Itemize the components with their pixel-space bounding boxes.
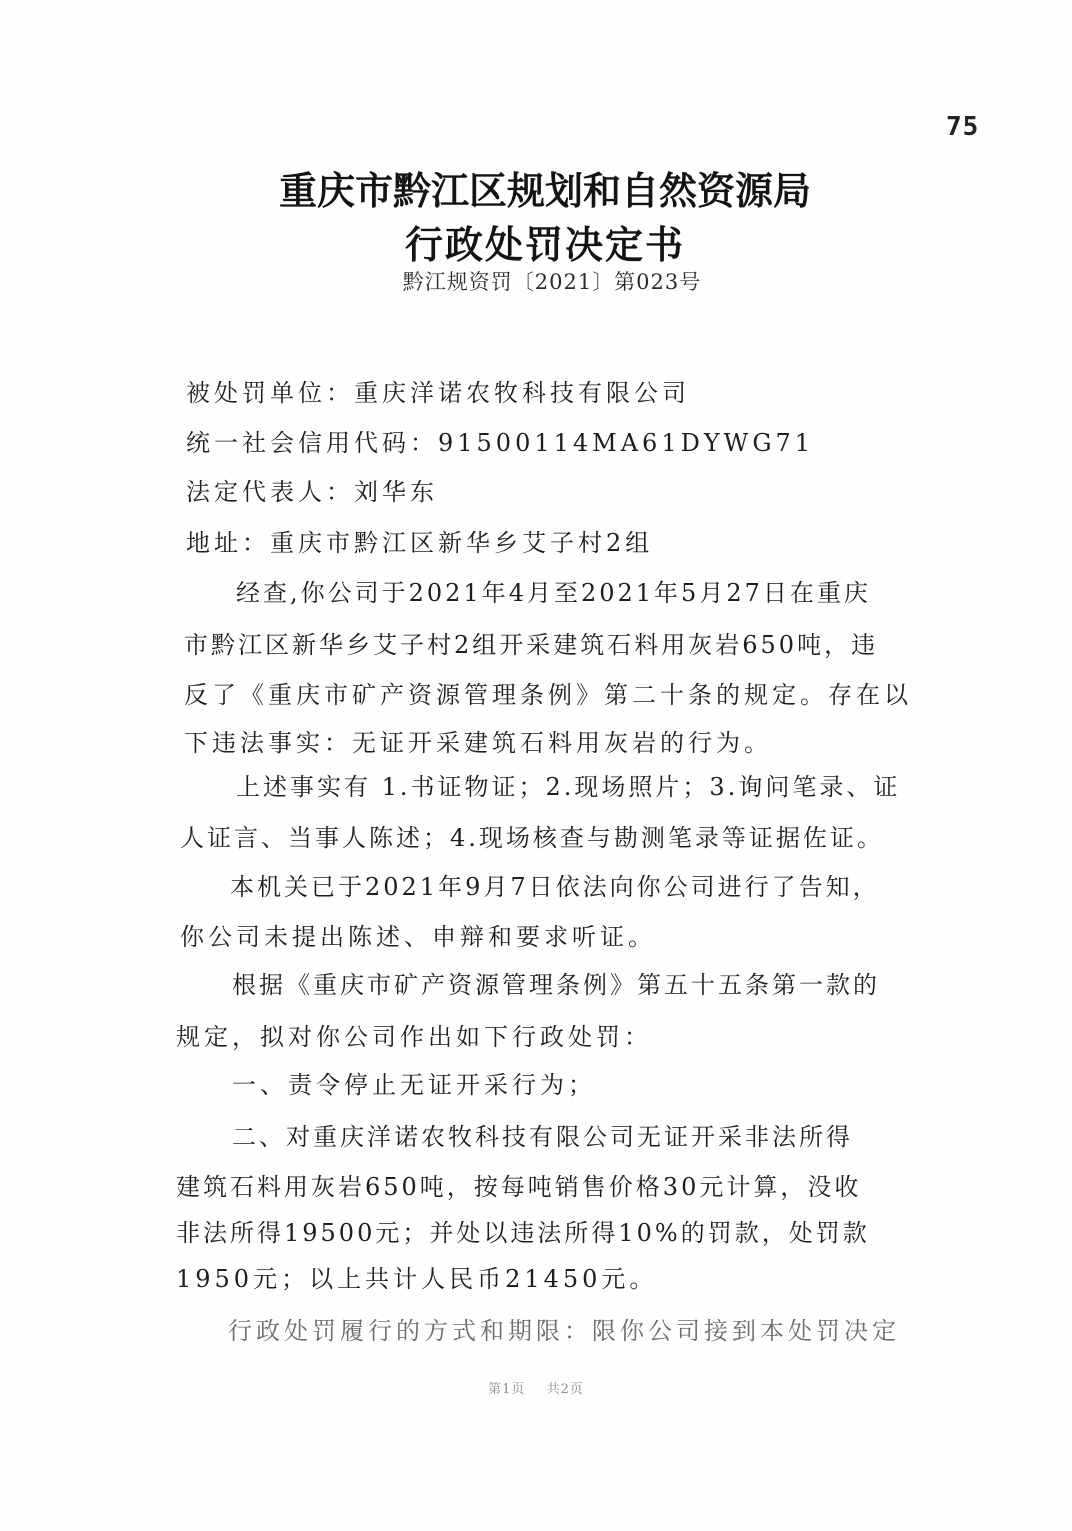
body-line: 根据《重庆市矿产资源管理条例》第五十五条第一款的 [232,970,880,1000]
document-page: 75 重庆市黔江区规划和自然资源局 行政处罚决定书 黔江规资罚〔2021〕第02… [0,0,1072,1531]
body-line: 行政处罚履行的方式和期限：限你公司接到本处罚决定 [228,1316,900,1346]
body-line: 1950元；以上共计人民币21450元。 [176,1264,657,1294]
body-line: 建筑石料用灰岩650吨，按每吨销售价格30元计算，没收 [176,1172,861,1202]
body-line: 本机关已于2021年9月7日依法向你公司进行了告知， [230,872,880,902]
body-line: 市黔江区新华乡艾子村2组开采建筑石料用灰岩650吨，违 [184,630,878,660]
legal-representative: 法定代表人：刘华东 [186,477,438,507]
page-footer: 第1页 共2页 [0,1378,1072,1397]
document-number: 黔江规资罚〔2021〕第023号 [0,266,1072,296]
penalty-item-2: 二、对重庆洋诺农牧科技有限公司无证开采非法所得 [232,1122,853,1152]
body-line: 非法所得19500元；并处以违法所得10%的罚款，处罚款 [176,1218,870,1248]
penalized-unit: 被处罚单位：重庆洋诺农牧科技有限公司 [186,378,690,408]
body-line: 人证言、当事人陈述；4.现场核查与勘测笔录等证据佐证。 [180,823,884,853]
body-line: 规定，拟对你公司作出如下行政处罚： [176,1022,652,1052]
body-line: 下违法事实：无证开采建筑石料用灰岩的行为。 [184,728,772,758]
body-line: 上述事实有 1.书证物证；2.现场照片；3.询问笔录、证 [236,772,900,802]
body-line: 你公司未提出陈述、申辩和要求听证。 [180,922,656,952]
page-current: 第1页 [488,1382,525,1397]
penalty-item-1: 一、责令停止无证开采行为； [232,1070,596,1100]
issuing-authority-title: 重庆市黔江区规划和自然资源局 [0,160,1072,215]
address: 地址：重庆市黔江区新华乡艾子村2组 [186,528,653,558]
page-stamp-number: 75 [946,112,979,142]
credit-code: 统一社会信用代码：91500114MA61DYWG71 [186,428,814,458]
document-type-title: 行政处罚决定书 [0,214,1072,269]
body-line: 经查,你公司于2021年4月至2021年5月27日在重庆 [236,578,871,608]
page-total: 共2页 [547,1382,584,1397]
body-line: 反了《重庆市矿产资源管理条例》第二十条的规定。存在以 [184,680,912,710]
